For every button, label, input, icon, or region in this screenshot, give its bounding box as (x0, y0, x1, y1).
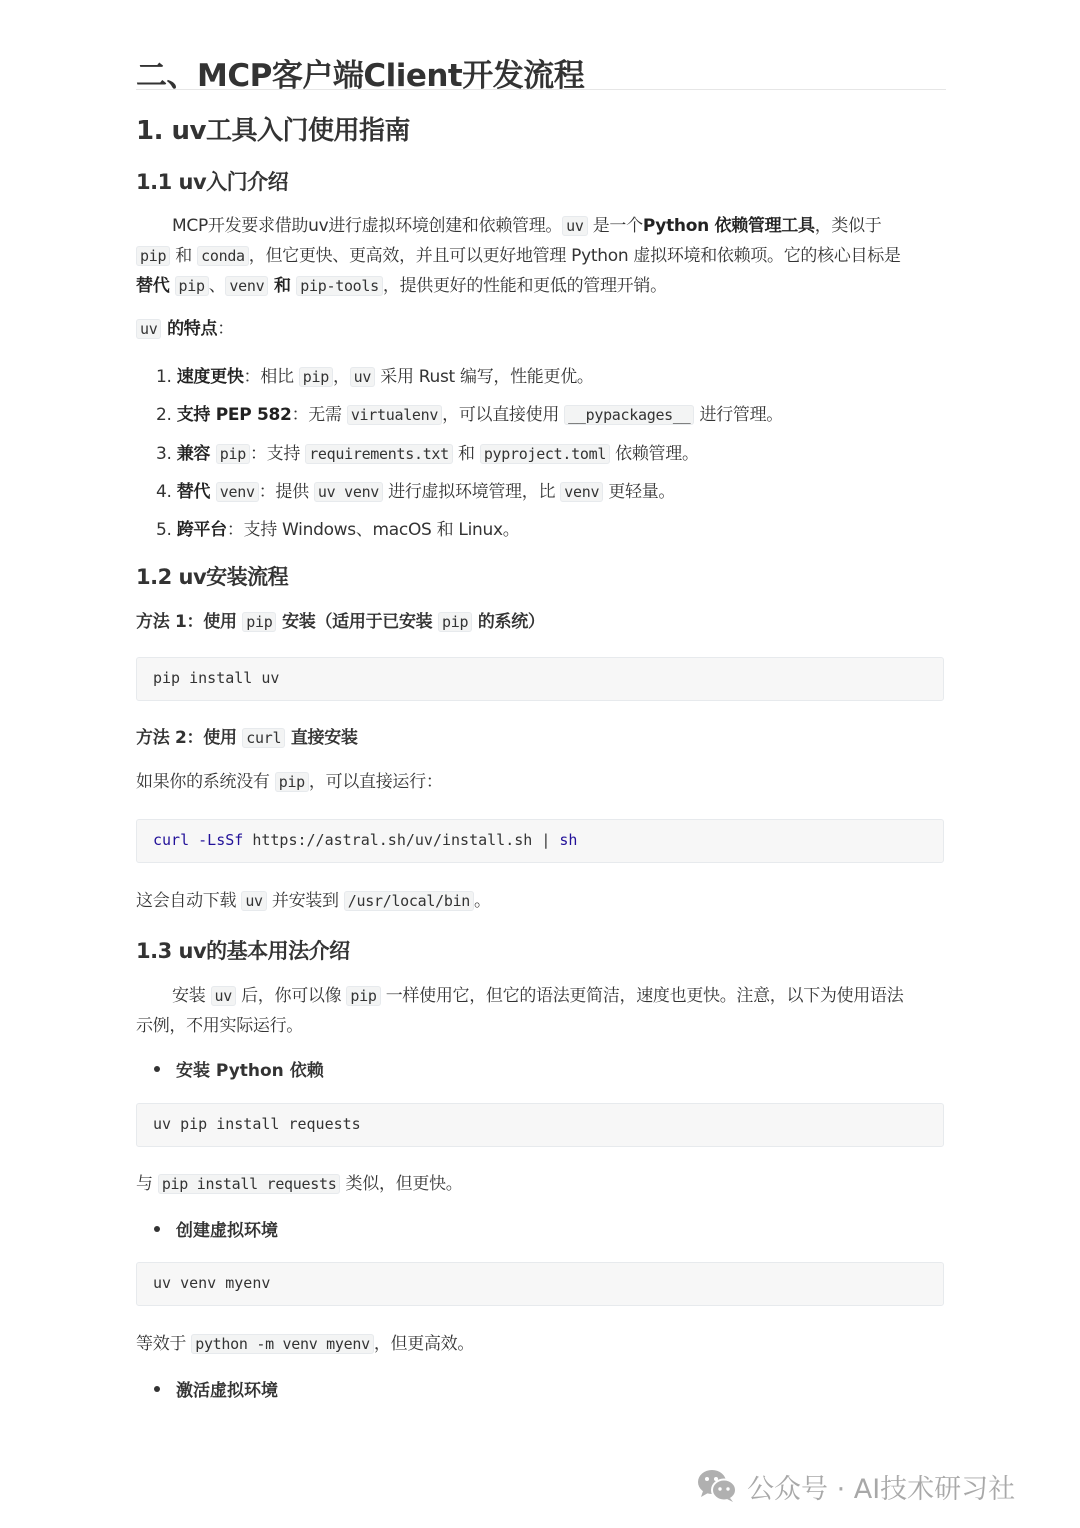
method-1-heading: 方法 1：使用 pip 安装（适用于已安装 pip 的系统） (136, 607, 545, 637)
inline-code: pip (216, 444, 250, 464)
inline-code: curl (242, 728, 285, 748)
watermark-text: 公众号 · AI技术研习社 (747, 1467, 1015, 1506)
inline-code: pip-tools (296, 276, 383, 296)
inline-code: __pypackages__ (564, 405, 694, 425)
method-2-description: 如果你的系统没有 pip，可以直接运行： (136, 767, 443, 797)
inline-code: pip (175, 276, 209, 296)
inline-code: uv venv (314, 482, 383, 502)
code-text: pip install uv (153, 669, 279, 687)
bullet-icon (154, 1386, 160, 1392)
code-text: uv venv myenv (153, 1274, 270, 1292)
bullet-icon (154, 1226, 160, 1232)
subsection-heading-1-3: 1.3 uv的基本用法介绍 (136, 935, 350, 965)
inline-code: conda (197, 246, 249, 266)
usage-intro-line-1: 安装 uv 后，你可以像 pip 一样使用它，但它的语法更简洁，速度也更快。注意… (136, 981, 903, 1011)
feature-item-4: 4. 替代 venv：提供 uv venv 进行虚拟环境管理，比 venv 更轻… (156, 477, 675, 502)
features-label: uv 的特点： (136, 314, 234, 344)
code-block-uv-pip-install[interactable]: uv pip install requests (136, 1103, 944, 1147)
inline-code: virtualenv (347, 405, 442, 425)
inline-code: uv (562, 216, 587, 236)
bullet-create-venv: 创建虚拟环境 (154, 1216, 278, 1241)
code-text: curl -LsSf https://astral.sh/uv/install.… (153, 831, 577, 849)
inline-code: pyproject.toml (480, 444, 610, 464)
inline-code: pip install requests (158, 1174, 341, 1194)
feature-item-3: 3. 兼容 pip：支持 requirements.txt 和 pyprojec… (156, 439, 699, 464)
section-heading-1: 1. uv工具入门使用指南 (136, 110, 410, 147)
inline-code: pip (299, 367, 333, 387)
inline-code: venv (560, 482, 603, 502)
usage-intro-line-2: 示例，不用实际运行。 (136, 1011, 303, 1041)
inline-code: pip (275, 772, 309, 792)
inline-code: requirements.txt (305, 444, 453, 464)
intro-line-2: pip 和 conda，但它更快、更高效，并且可以更好地管理 Python 虚拟… (136, 241, 901, 271)
method-2-heading: 方法 2：使用 curl 直接安装 (136, 723, 358, 753)
title-divider (136, 89, 946, 90)
code-block-uv-venv[interactable]: uv venv myenv (136, 1262, 944, 1306)
intro-line-1: MCP开发要求借助uv进行虚拟环境创建和依赖管理。uv 是一个Python 依赖… (136, 211, 882, 241)
bullet-install-deps: 安装 Python 依赖 (154, 1056, 324, 1081)
inline-code: /usr/local/bin (344, 891, 474, 911)
inline-code: uv (211, 986, 236, 1006)
inline-code: venv (225, 276, 268, 296)
inline-code: pip (346, 986, 380, 1006)
feature-item-2: 2. 支持 PEP 582：无需 virtualenv，可以直接使用 __pyp… (156, 400, 783, 425)
subsection-heading-1-2: 1.2 uv安装流程 (136, 561, 288, 591)
code-block-curl-install[interactable]: curl -LsSf https://astral.sh/uv/install.… (136, 819, 944, 863)
note-install-deps: 与 pip install requests 类似，但更快。 (136, 1169, 462, 1199)
subsection-heading-1-1: 1.1 uv入门介绍 (136, 166, 288, 196)
intro-line-3: 替代 pip、venv 和 pip-tools，提供更好的性能和更低的管理开销。 (136, 271, 667, 301)
wechat-icon (697, 1469, 737, 1503)
feature-item-5: 5. 跨平台：支持 Windows、macOS 和 Linux。 (156, 515, 519, 540)
inline-code: pip (136, 246, 170, 266)
feature-item-1: 1. 速度更快：相比 pip，uv 采用 Rust 编写，性能更优。 (156, 362, 594, 387)
inline-code: venv (216, 482, 259, 502)
inline-code: uv (136, 319, 161, 339)
inline-code: python -m venv myenv (191, 1334, 374, 1354)
inline-code: uv (241, 891, 266, 911)
bullet-icon (154, 1066, 160, 1072)
inline-code: pip (242, 612, 276, 632)
inline-code: pip (438, 612, 472, 632)
bullet-activate-venv: 激活虚拟环境 (154, 1376, 278, 1401)
method-2-after: 这会自动下载 uv 并安装到 /usr/local/bin。 (136, 886, 491, 916)
note-create-venv: 等效于 python -m venv myenv，但更高效。 (136, 1329, 474, 1359)
code-block-pip-install[interactable]: pip install uv (136, 657, 944, 701)
watermark: 公众号 · AI技术研习社 (697, 1466, 1015, 1506)
code-text: uv pip install requests (153, 1115, 361, 1133)
inline-code: uv (350, 367, 375, 387)
